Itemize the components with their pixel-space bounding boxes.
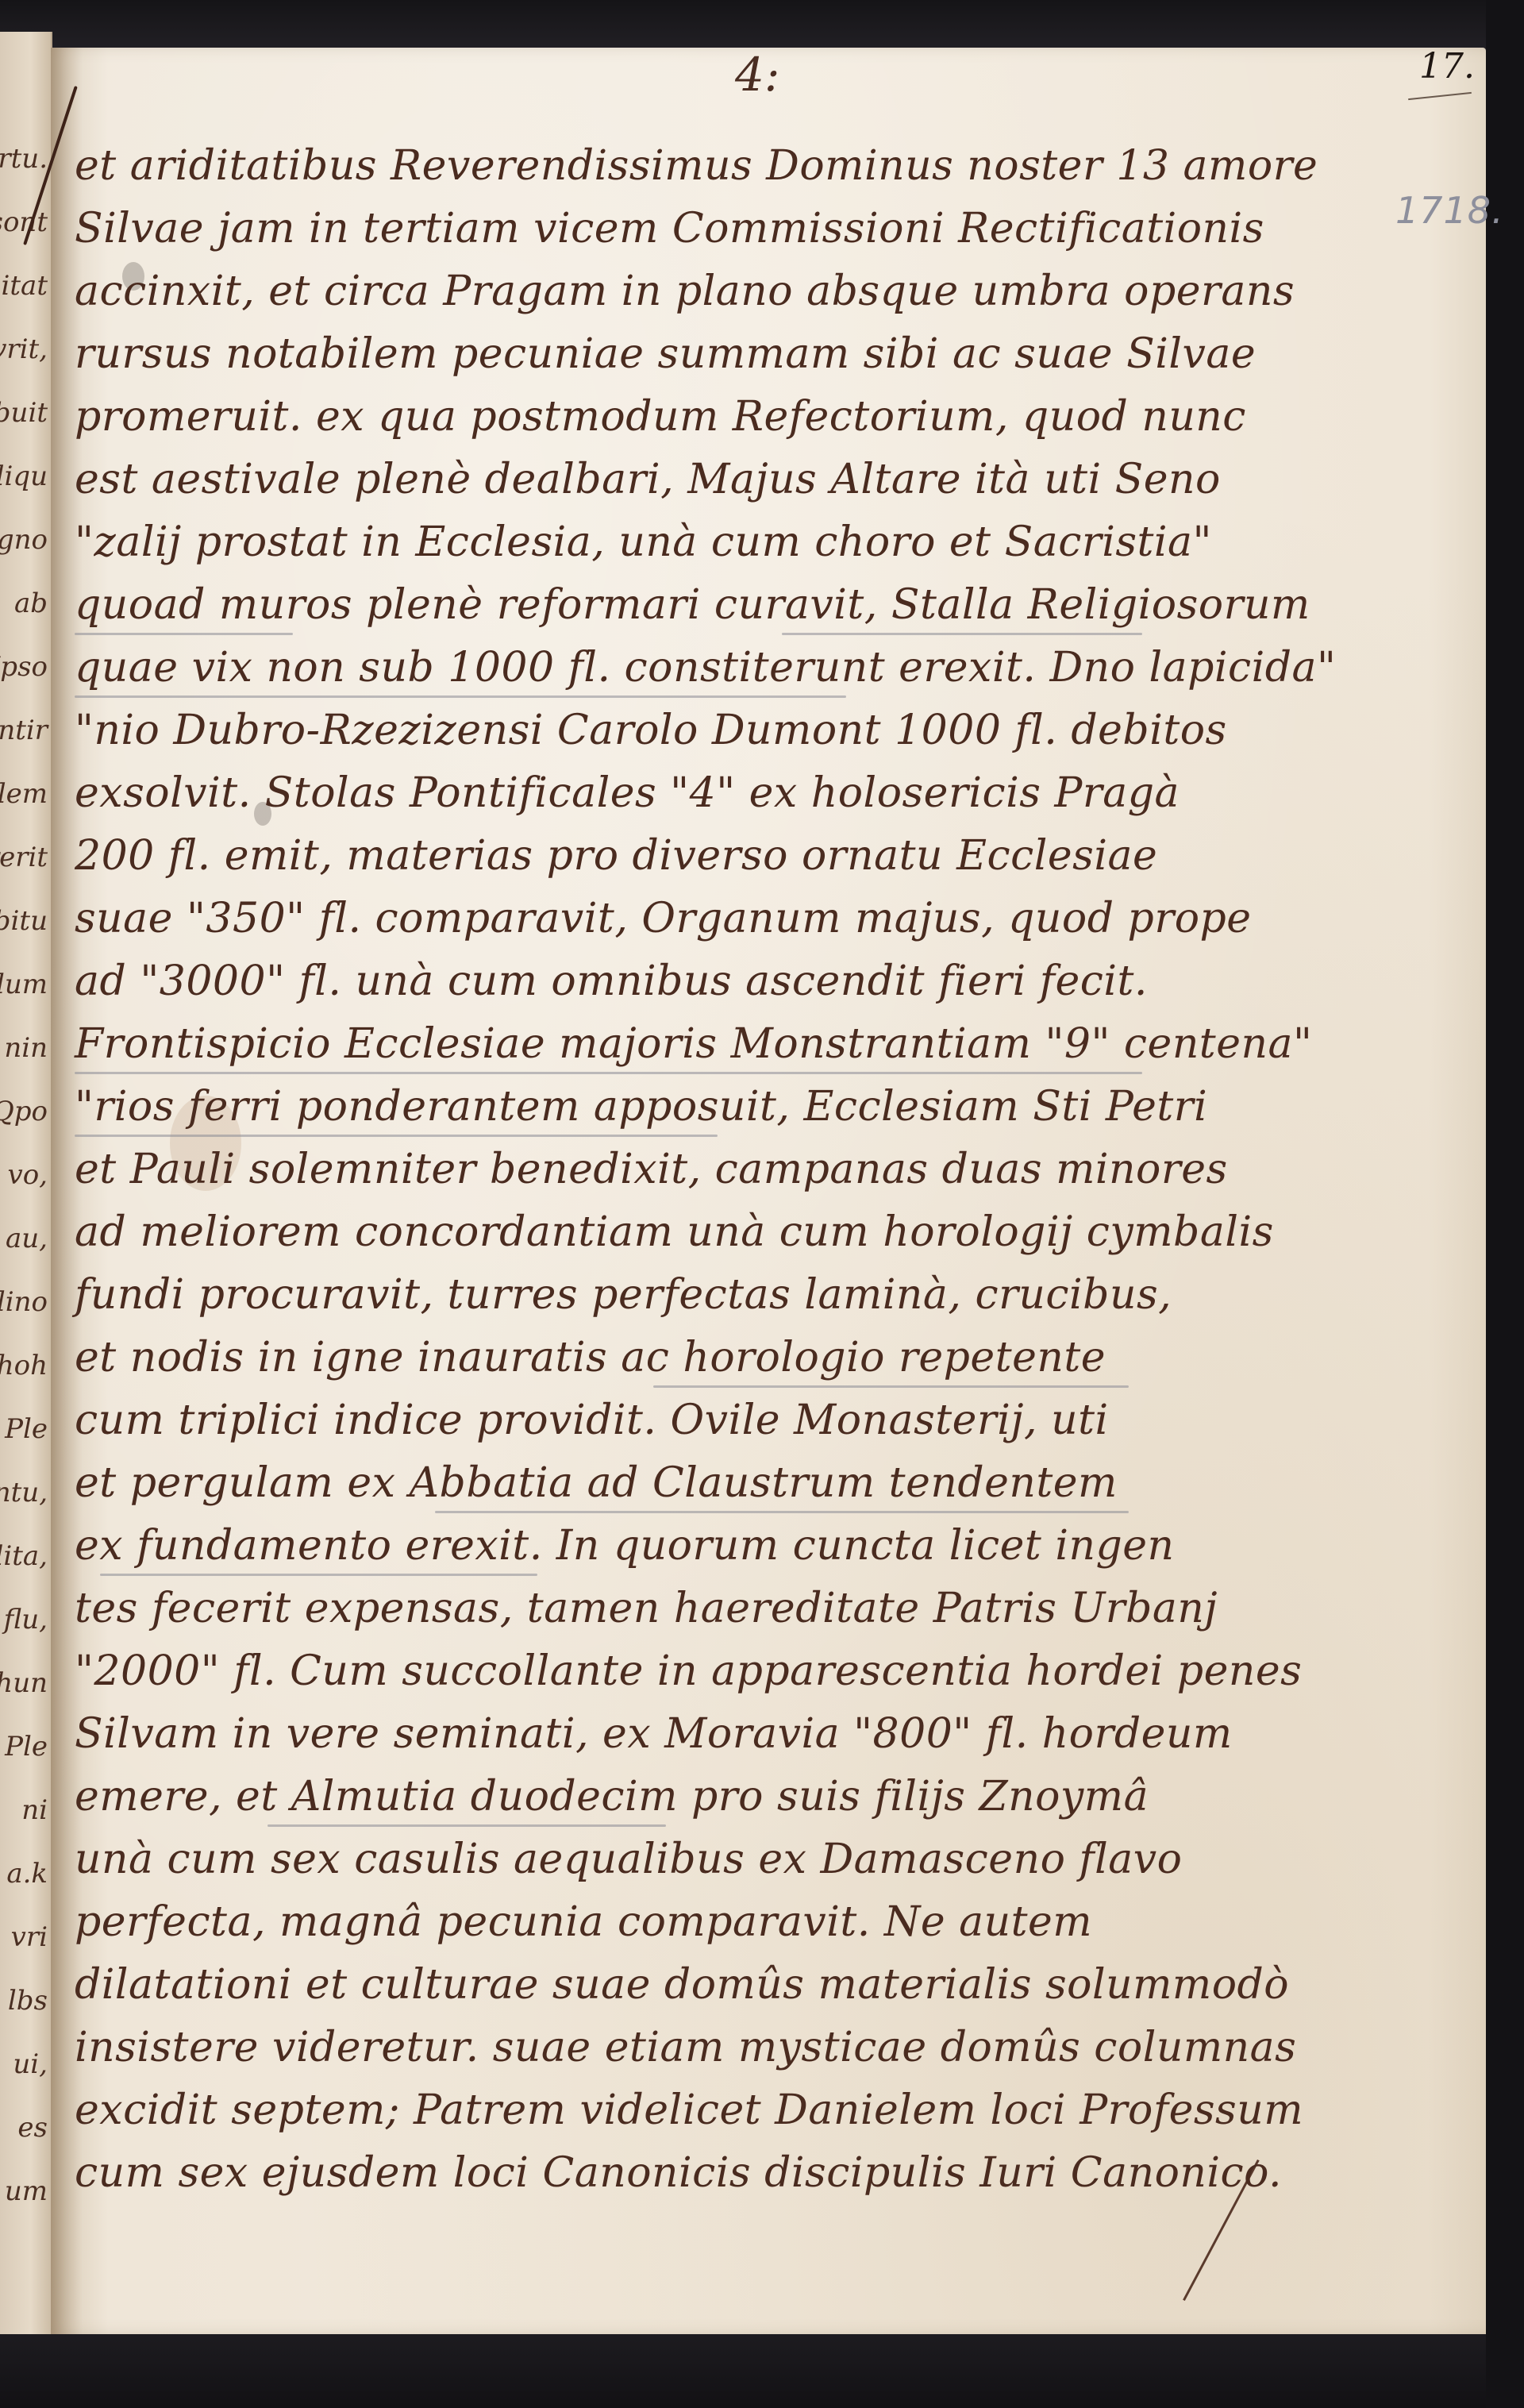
text-line: cum triplici indice providit. Ovile Mona… [75,1389,1360,1452]
facing-page-word-fragment: rtu. [0,143,48,175]
facing-page-word-fragment: lsont [0,206,48,238]
text-line: unà cum sex casulis aequalibus ex Damasc… [75,1828,1360,1891]
page-number: 17. [1419,46,1475,87]
facing-page-word-fragment: vrit, [0,333,48,365]
text-line: ad meliorem concordantiam unà cum horolo… [75,1201,1360,1264]
text-line: et nodis in igne inauratis ac horologio … [75,1327,1360,1389]
text-line: est aestivale plenè dealbari, Majus Alta… [75,449,1360,511]
text-line: quae vix non sub 1000 fl. constiterunt e… [75,637,1360,699]
text-line: tes fecerit expensas, tamen haereditate … [75,1578,1360,1640]
facing-page-fragment: rtu.lsontitatvrit,buitaliquignoabIpsonti… [0,32,52,2334]
facing-page-word-fragment: ab [14,588,48,619]
pencil-underline [653,1385,1129,1388]
pencil-underline [435,1511,1130,1513]
text-line: "zalij prostat in Ecclesia, unà cum chor… [75,511,1360,574]
facing-page-word-fragment: vri [11,1921,48,1953]
text-line: et ariditatibus Reverendissimus Dominus … [75,135,1360,198]
pencil-underline [75,1135,718,1137]
facing-page-word-fragment: rerit [0,842,48,873]
text-line: ex fundamento erexit. In quorum cuncta l… [75,1515,1360,1578]
page-number-underline [1408,92,1472,100]
facing-page-word-fragment: es [17,2112,48,2144]
text-line: promeruit. ex qua postmodum Refectorium,… [75,386,1360,449]
facing-page-word-fragment: Ple [5,1731,48,1763]
facing-page-word-fragment: hun [0,1667,48,1699]
manuscript-text: et ariditatibus Reverendissimus Dominus … [75,135,1360,2205]
facing-page-word-fragment: hoh [0,1350,48,1381]
facing-page-word-fragment: Ipso [0,651,48,683]
text-line: insistere videretur. suae etiam mysticae… [75,2017,1360,2079]
facing-page-word-fragment: ui, [13,2048,48,2080]
pencil-underline [75,695,846,698]
text-line: excidit septem; Patrem videlicet Daniele… [75,2079,1360,2142]
text-line: exsolvit. Stolas Pontificales "4" ex hol… [75,762,1360,825]
facing-page-word-fragment: ni [21,1794,48,1826]
facing-page-word-fragment: lbs [8,1985,48,2017]
scan-background-right [1486,0,1524,2408]
facing-page-word-fragment: igno [0,524,48,556]
pencil-underline [75,633,293,635]
text-line: et pergulam ex Abbatia ad Claustrum tend… [75,1452,1360,1515]
pencil-underline [100,1574,537,1576]
text-line: rursus notabilem pecuniae summam sibi ac… [75,323,1360,386]
facing-page-word-fragment: Qpo [0,1096,48,1127]
facing-page-word-fragment: Ple [5,1413,48,1445]
text-line: "nio Dubro-Rzezizensi Carolo Dumont 1000… [75,699,1360,762]
facing-page-word-fragment: lino [0,1286,48,1318]
text-line: accinxit, et circa Pragam in plano absqu… [75,260,1360,323]
facing-page-word-fragment: a.k [6,1858,48,1890]
text-line: et Pauli solemniter benedixit, campanas … [75,1139,1360,1201]
facing-page-word-fragment: um [5,2175,48,2207]
pencil-underline [782,633,1142,635]
facing-page-word-fragment: lum [0,969,48,1000]
facing-page-word-fragment: aliqu [0,460,48,492]
catch-mark: 4: [735,48,779,102]
pencil-underline [75,1072,1142,1074]
facing-page-word-fragment: lita, [0,1540,48,1572]
facing-page-word-fragment: itat [2,270,48,302]
text-line: "2000" fl. Cum succollante in apparescen… [75,1640,1360,1703]
manuscript-page: 4: 17. 1718. et ariditatibus Reverendiss… [51,48,1486,2334]
text-line: ad "3000" fl. unà cum omnibus ascendit f… [75,950,1360,1013]
pencil-underline [267,1824,666,1827]
text-line: cum sex ejusdem loci Canonicis discipuli… [75,2142,1360,2205]
text-line: "rios ferri ponderantem apposuit, Eccles… [75,1076,1360,1139]
text-line: suae "350" fl. comparavit, Organum majus… [75,888,1360,950]
facing-page-word-fragment: lem [0,778,48,810]
pencil-year-annotation: 1718. [1395,189,1504,232]
text-line: Frontispicio Ecclesiae majoris Monstrant… [75,1013,1360,1076]
text-line: perfecta, magnâ pecunia comparavit. Ne a… [75,1891,1360,1954]
text-line: Silvam in vere seminati, ex Moravia "800… [75,1703,1360,1766]
text-line: emere, et Almutia duodecim pro suis fili… [75,1766,1360,1828]
text-line: Silvae jam in tertiam vicem Commissioni … [75,198,1360,260]
facing-page-word-fragment: bitu [0,905,48,937]
facing-page-word-fragment: au, [6,1223,48,1254]
text-line: dilatationi et culturae suae domûs mater… [75,1954,1360,2017]
text-line: quoad muros plenè reformari curavit, Sta… [75,574,1360,637]
facing-page-word-fragment: flu, [4,1604,48,1636]
text-line: fundi procuravit, turres perfectas lamin… [75,1264,1360,1327]
facing-page-word-fragment: buit [0,397,48,429]
facing-page-word-fragment: ntir [0,715,48,746]
facing-page-word-fragment: ntu, [0,1477,48,1508]
text-line: 200 fl. emit, materias pro diverso ornat… [75,825,1360,888]
facing-page-word-fragment: nin [4,1032,48,1064]
facing-page-word-fragment: vo, [8,1159,48,1191]
